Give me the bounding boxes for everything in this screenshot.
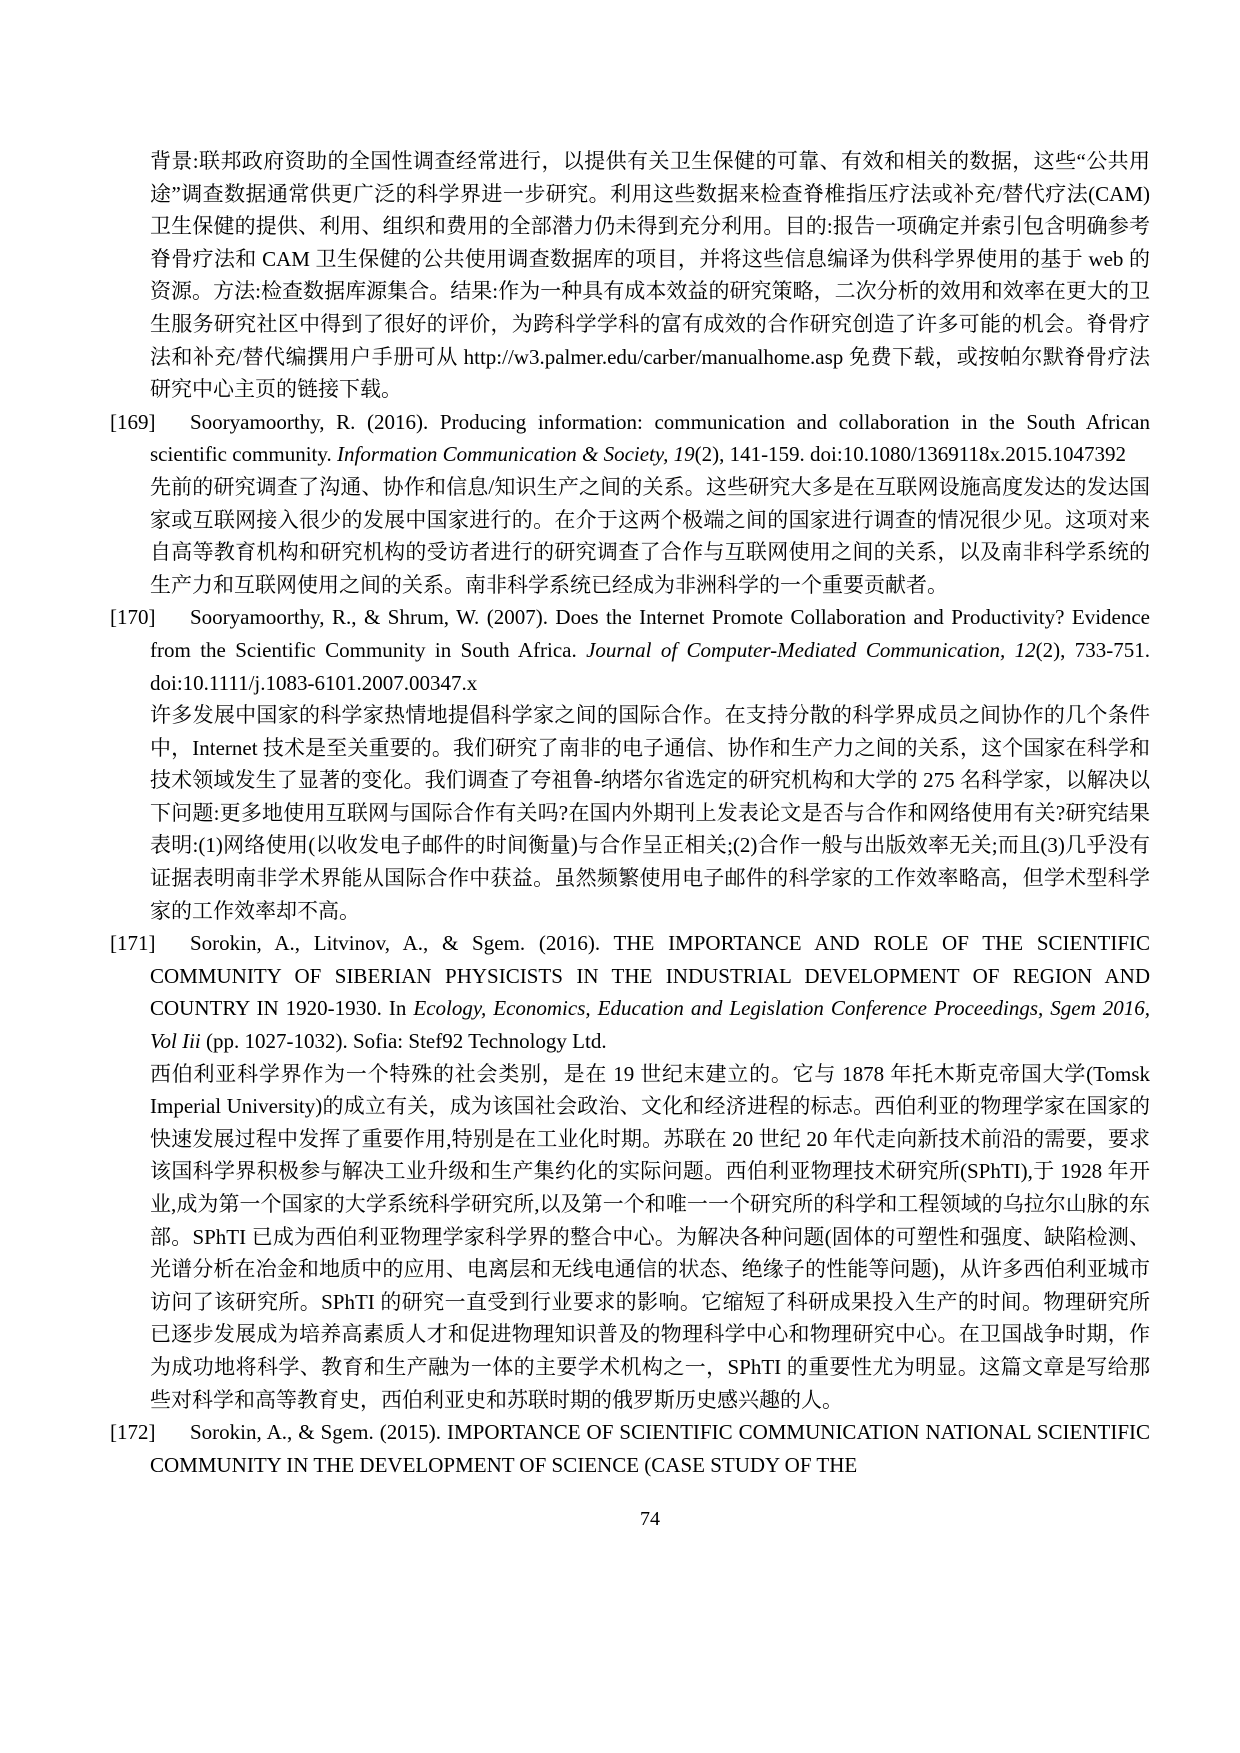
reference-citation: [171]Sorokin, A., Litvinov, A., & Sgem. … bbox=[150, 927, 1150, 1057]
reference-number: [172] bbox=[110, 1416, 156, 1449]
reference-entry: [172]Sorokin, A., & Sgem. (2015). IMPORT… bbox=[150, 1416, 1150, 1481]
page-number: 74 bbox=[150, 1505, 1150, 1533]
document-page: 背景:联邦政府资助的全国性调查经常进行，以提供有关卫生保健的可靠、有效和相关的数… bbox=[0, 0, 1240, 1753]
reference-number: [169] bbox=[110, 406, 156, 439]
references-text-block: 背景:联邦政府资助的全国性调查经常进行，以提供有关卫生保健的可靠、有效和相关的数… bbox=[150, 145, 1150, 1481]
reference-entry: [171]Sorokin, A., Litvinov, A., & Sgem. … bbox=[150, 927, 1150, 1416]
previous-reference-abstract-continuation: 背景:联邦政府资助的全国性调查经常进行，以提供有关卫生保健的可靠、有效和相关的数… bbox=[150, 145, 1150, 406]
reference-entry: [170]Sooryamoorthy, R., & Shrum, W. (200… bbox=[150, 601, 1150, 927]
reference-citation: [172]Sorokin, A., & Sgem. (2015). IMPORT… bbox=[150, 1416, 1150, 1481]
citation-source-title-italic: Information Communication & Society, 19 bbox=[337, 442, 695, 466]
reference-number: [170] bbox=[110, 601, 156, 634]
reference-list: [169]Sooryamoorthy, R. (2016). Producing… bbox=[150, 406, 1150, 1482]
citation-source-title-italic: Journal of Computer-Mediated Communicati… bbox=[586, 638, 1036, 662]
reference-abstract-chinese: 西伯利亚科学界作为一个特殊的社会类别，是在 19 世纪末建立的。它与 1878 … bbox=[150, 1058, 1150, 1417]
reference-citation: [169]Sooryamoorthy, R. (2016). Producing… bbox=[150, 406, 1150, 471]
citation-text: Sorokin, A., & Sgem. (2015). IMPORTANCE … bbox=[150, 1420, 1150, 1477]
reference-abstract-chinese: 许多发展中国家的科学家热情地提倡科学家之间的国际合作。在支持分散的科学界成员之间… bbox=[150, 699, 1150, 927]
reference-abstract-chinese: 先前的研究调查了沟通、协作和信息/知识生产之间的关系。这些研究大多是在互联网设施… bbox=[150, 471, 1150, 601]
citation-text: (pp. 1027-1032). Sofia: Stef92 Technolog… bbox=[201, 1029, 607, 1053]
reference-entry: [169]Sooryamoorthy, R. (2016). Producing… bbox=[150, 406, 1150, 602]
reference-citation: [170]Sooryamoorthy, R., & Shrum, W. (200… bbox=[150, 601, 1150, 699]
citation-text: (2), 141-159. doi:10.1080/1369118x.2015.… bbox=[695, 442, 1126, 466]
reference-number: [171] bbox=[110, 927, 156, 960]
